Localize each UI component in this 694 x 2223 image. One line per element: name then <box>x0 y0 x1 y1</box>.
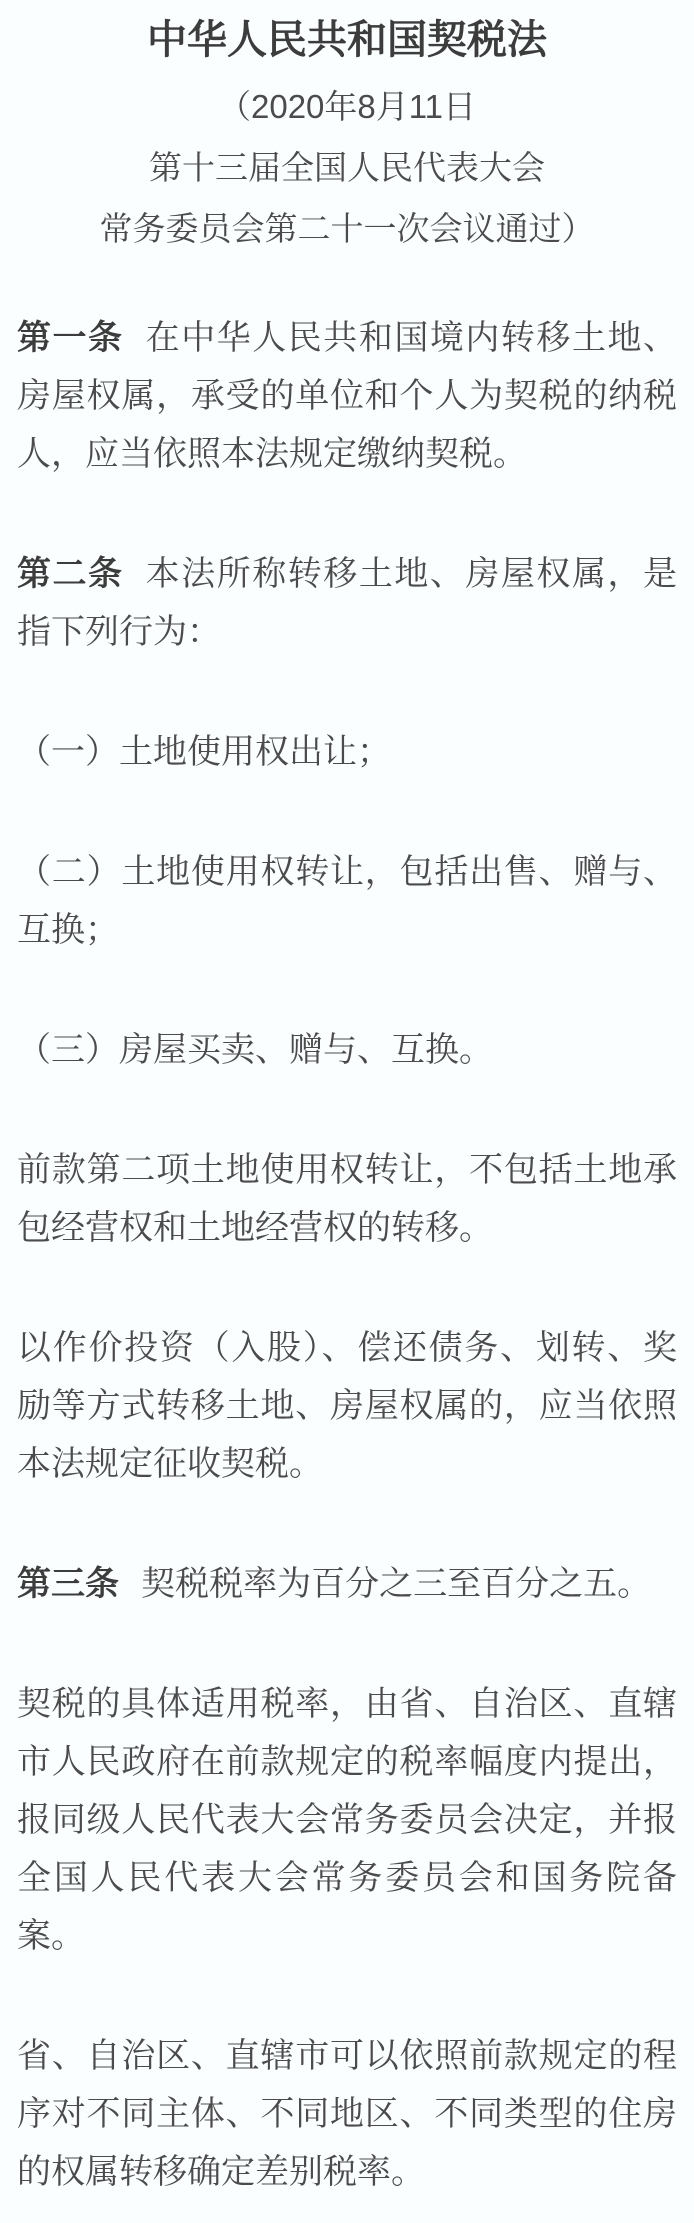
article-paragraph-2: 第二条本法所称转移土地、房屋权属，是指下列行为： <box>17 545 677 661</box>
article-number-label: 第一条 <box>17 319 124 357</box>
article-number-label: 第三条 <box>17 1565 119 1603</box>
article-paragraph-4: （二）土地使用权转让，包括出售、赠与、互换； <box>17 843 677 959</box>
article-paragraph-1: 第一条在中华人民共和国境内转移土地、房屋权属，承受的单位和个人为契税的纳税人，应… <box>17 309 677 483</box>
article-text: （三）房屋买卖、赠与、互换。 <box>17 1031 493 1069</box>
article-paragraph-10: 省、自治区、直辖市可以依照前款规定的程序对不同主体、不同地区、不同类型的住房的权… <box>17 2027 677 2201</box>
article-paragraph-6: 前款第二项土地使用权转让，不包括土地承包经营权和土地经营权的转移。 <box>17 1141 677 1257</box>
article-text: 契税的具体适用税率，由省、自治区、直辖市人民政府在前款规定的税率幅度内提出，报同… <box>17 1685 677 1955</box>
article-text: （一）土地使用权出让； <box>17 733 391 771</box>
document-title: 中华人民共和国契税法 <box>17 16 677 64</box>
document-body: 第一条在中华人民共和国境内转移土地、房屋权属，承受的单位和个人为契税的纳税人，应… <box>17 309 677 2201</box>
document-subtitle: （2020年8月11日 第十三届全国人民代表大会 常务委员会第二十一次会议通过） <box>17 76 677 259</box>
article-paragraph-9: 契税的具体适用税率，由省、自治区、直辖市人民政府在前款规定的税率幅度内提出，报同… <box>17 1675 677 1965</box>
article-page: 中华人民共和国契税法 （2020年8月11日 第十三届全国人民代表大会 常务委员… <box>0 0 694 2223</box>
subtitle-line-congress: 第十三届全国人民代表大会 <box>17 137 677 198</box>
article-text: 前款第二项土地使用权转让，不包括土地承包经营权和土地经营权的转移。 <box>17 1151 677 1247</box>
article-text: （二）土地使用权转让，包括出售、赠与、互换； <box>17 853 677 949</box>
subtitle-line-session: 常务委员会第二十一次会议通过） <box>17 198 677 259</box>
article-paragraph-5: （三）房屋买卖、赠与、互换。 <box>17 1021 677 1079</box>
subtitle-line-date: （2020年8月11日 <box>17 76 677 137</box>
article-paragraph-3: （一）土地使用权出让； <box>17 723 677 781</box>
article-text: 以作价投资（入股）、偿还债务、划转、奖励等方式转移土地、房屋权属的，应当依照本法… <box>17 1329 677 1483</box>
article-number-label: 第二条 <box>17 555 124 593</box>
article-paragraph-7: 以作价投资（入股）、偿还债务、划转、奖励等方式转移土地、房屋权属的，应当依照本法… <box>17 1319 677 1493</box>
article-text: 契税税率为百分之三至百分之五。 <box>141 1565 651 1603</box>
article-paragraph-8: 第三条契税税率为百分之三至百分之五。 <box>17 1555 677 1613</box>
article-text: 省、自治区、直辖市可以依照前款规定的程序对不同主体、不同地区、不同类型的住房的权… <box>17 2037 677 2191</box>
